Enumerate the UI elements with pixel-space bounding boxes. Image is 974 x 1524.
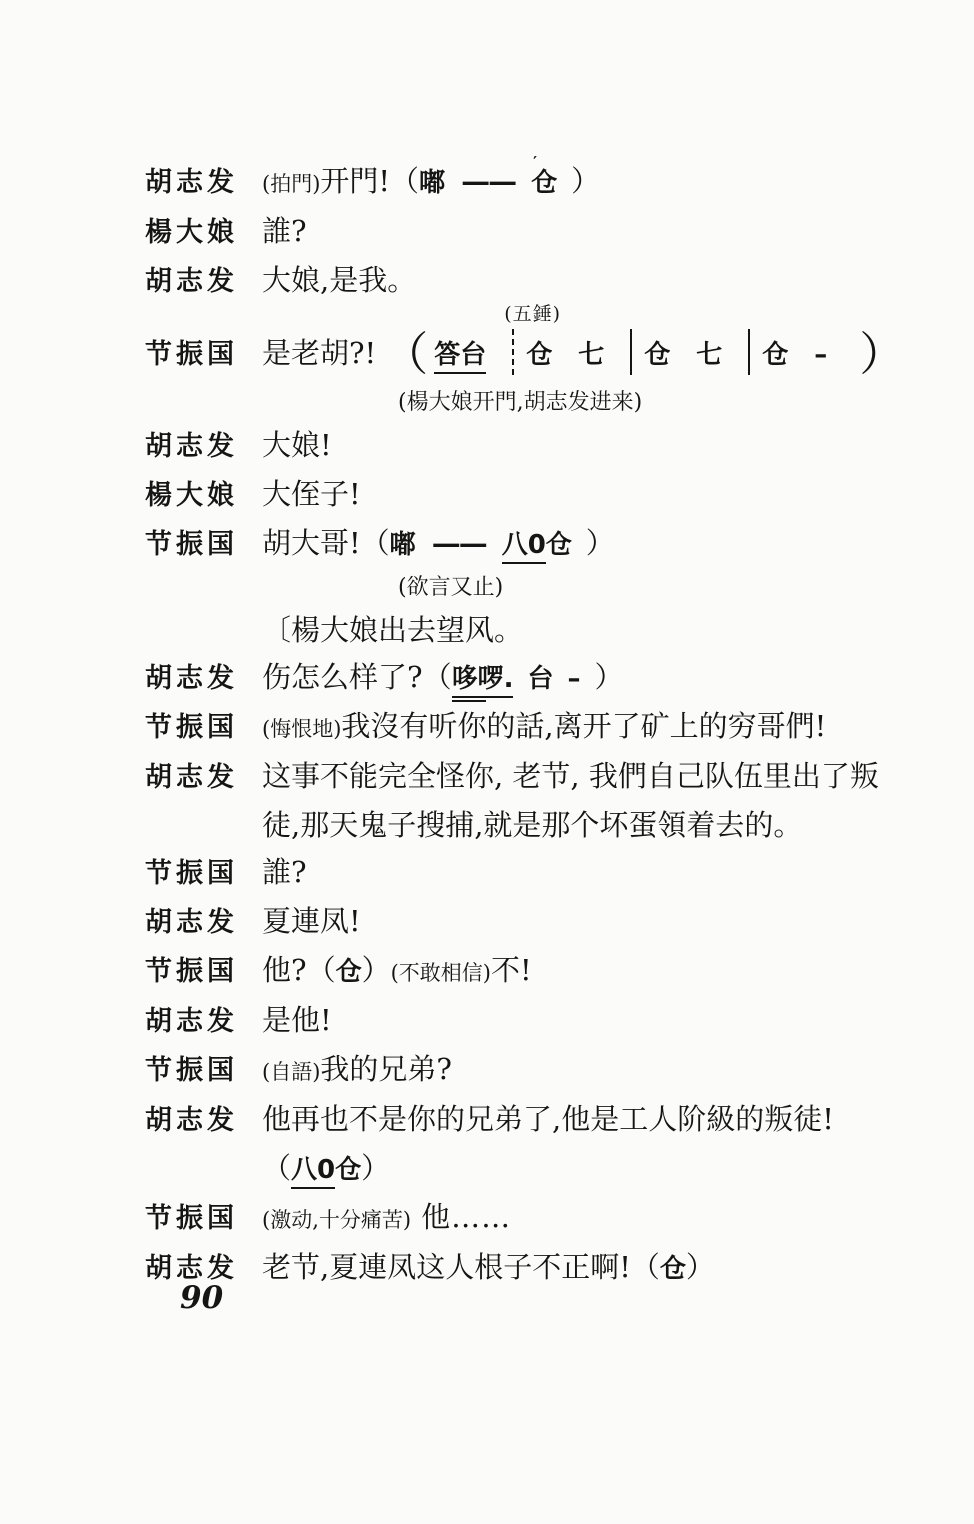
open-paren: （ — [262, 1151, 291, 1185]
script-line: 节振国 誰? — [0, 855, 974, 891]
speaker-name: 节振国 — [145, 528, 262, 562]
percussion-syllable: 仓 — [526, 340, 552, 370]
script-line-percussion: 节振国 是老胡?!（(五錘)答台仓七仓七仓–） — [0, 329, 974, 377]
dialogue-run: 他…… — [421, 1200, 511, 1234]
dialogue-text: (激动,十分痛苦)他…… — [262, 1200, 974, 1237]
script-line: 楊大娘 大侄子! — [0, 477, 974, 513]
percussion-syllable: 仓 — [660, 1254, 686, 1284]
percussion-syllable: 七 — [578, 340, 604, 370]
speaker-name: 胡志发 — [145, 1104, 262, 1138]
stage-direction-inline: (自語) — [262, 1060, 320, 1084]
dialogue-text: 徒,那天鬼子搜捕,就是那个坏蛋領着去的。 — [262, 808, 974, 842]
close-paren: ） — [859, 327, 905, 381]
stage-direction-line: 〔楊大娘出去望风。 — [0, 613, 974, 647]
dialogue-text: 誰? — [262, 214, 974, 248]
script-line: 胡志发 他再也不是你的兄弟了,他是工人阶級的叛徒! — [0, 1102, 974, 1138]
script-line-continuation: 徒,那天鬼子搜捕,就是那个坏蛋領着去的。 — [0, 808, 974, 842]
dialogue-text: 誰? — [262, 855, 974, 889]
speaker-name: 胡志发 — [145, 906, 262, 940]
dialogue-run: 不! — [491, 953, 532, 987]
speaker-name: 楊大娘 — [145, 479, 262, 513]
page-content: 胡志发 (拍門)开門!（嘟——′仓） 楊大娘 誰? 胡志发 大娘,是我。 节振国… — [0, 164, 974, 1299]
script-line: 节振国 胡大哥!（嘟——八0仓） — [0, 526, 974, 562]
percussion-notation: (五錘)答台仓七仓七仓– — [434, 329, 853, 375]
dialogue-text: 老节,夏連凤这人根子不正啊!（仓） — [262, 1250, 974, 1286]
dialogue-text: 他再也不是你的兄弟了,他是工人阶級的叛徒! — [262, 1102, 974, 1136]
open-paren: （ — [361, 526, 390, 560]
script-line: 楊大娘 誰? — [0, 214, 974, 250]
sustain-dash: —— — [432, 526, 486, 560]
speaker-name: 胡志发 — [145, 430, 262, 464]
close-paren: ） — [686, 1250, 715, 1284]
bar-line — [630, 329, 632, 375]
percussion-syllable: 仓 — [335, 1155, 361, 1185]
bar-line — [512, 329, 514, 375]
speaker-name: 节振国 — [145, 711, 262, 745]
percussion-syllable: 仓 — [644, 340, 670, 370]
sustain-dash: —— — [461, 164, 515, 198]
script-line: 胡志发 老节,夏連凤这人根子不正啊!（仓） — [0, 1250, 974, 1286]
stage-direction-text: 〔楊大娘出去望风。 — [262, 613, 974, 647]
dialogue-text: 这事不能完全怪你, 老节, 我們自己队伍里出了叛 — [262, 759, 974, 793]
script-line: 胡志发 夏連凤! — [0, 904, 974, 940]
speaker-name: 胡志发 — [145, 761, 262, 795]
dialogue-run: 开門! — [320, 164, 390, 198]
accent-mark: ′ — [533, 155, 537, 170]
script-line: 胡志发 这事不能完全怪你, 老节, 我們自己队伍里出了叛 — [0, 759, 974, 795]
rest-dash: – — [567, 664, 580, 694]
dialogue-text: (自語)我的兄弟? — [262, 1052, 974, 1089]
speaker-name: 胡志发 — [145, 166, 262, 200]
open-paren: （ — [382, 327, 428, 381]
percussion-syllable: 嘟 — [419, 168, 445, 198]
speaker-name: 节振国 — [145, 338, 262, 372]
dialogue-run: 我的兄弟? — [320, 1052, 452, 1086]
dialogue-text: 夏連凤! — [262, 904, 974, 938]
rest-dash: – — [814, 340, 827, 370]
percussion-syllable: 八0 — [502, 530, 546, 564]
page-number: 90 — [180, 1280, 223, 1316]
percussion-syllable: 答台 — [434, 340, 486, 374]
percussion-syllable: 台 — [527, 664, 553, 694]
dialogue-text: 他?（仓）(不敢相信)不! — [262, 953, 974, 990]
five-hammer-label: (五錘) — [504, 297, 561, 331]
stage-direction-inline: (悔恨地) — [262, 717, 341, 741]
percussion-syllable: 七 — [696, 340, 722, 370]
open-paren: （ — [423, 660, 452, 694]
dialogue-run: 胡大哥! — [262, 526, 361, 560]
scene-direction: (楊大娘开門,胡志发进来) — [0, 390, 974, 416]
close-paren: ） — [362, 953, 391, 987]
close-paren: ） — [594, 660, 623, 694]
script-line: 节振国 (悔恨地)我沒有听你的話,离开了矿上的穷哥們! — [0, 709, 974, 746]
speaker-name: 胡志发 — [145, 265, 262, 299]
speaker-name: 节振国 — [145, 857, 262, 891]
percussion-syllable: 嘟 — [390, 530, 416, 560]
speaker-name: 楊大娘 — [145, 216, 262, 250]
dialogue-run: 是老胡?! — [262, 336, 376, 370]
dialogue-text: 大侄子! — [262, 477, 974, 511]
close-paren: ） — [586, 526, 615, 560]
script-line: 节振国 他?（仓）(不敢相信)不! — [0, 953, 974, 990]
percussion-syllable: 仓 — [762, 340, 788, 370]
scanned-script-page: 胡志发 (拍門)开門!（嘟——′仓） 楊大娘 誰? 胡志发 大娘,是我。 节振国… — [0, 0, 974, 1524]
speaker-name: 节振国 — [145, 955, 262, 989]
script-line: 节振国 (自語)我的兄弟? — [0, 1052, 974, 1089]
percussion-notation: （八0仓） — [262, 1151, 974, 1187]
dialogue-text: 大娘! — [262, 428, 974, 462]
percussion-syllable: 仓 — [546, 530, 572, 560]
stage-direction-inline: (激动,十分痛苦) — [262, 1208, 411, 1232]
dialogue-run: 老节,夏連凤这人根子不正啊! — [262, 1250, 631, 1284]
dialogue-text: (拍門)开門!（嘟——′仓） — [262, 164, 974, 201]
dialogue-text: (悔恨地)我沒有听你的話,离开了矿上的穷哥們! — [262, 709, 974, 746]
dialogue-text: 是老胡?!（(五錘)答台仓七仓七仓–） — [262, 329, 974, 377]
dialogue-run: 伤怎么样了? — [262, 660, 423, 694]
script-line: 胡志发 伤怎么样了?（哆啰.台–） — [0, 660, 974, 696]
dialogue-run: 他? — [262, 953, 307, 987]
open-paren: （ — [307, 953, 336, 987]
speaker-name: 胡志发 — [145, 662, 262, 696]
speaker-name: 节振国 — [145, 1054, 262, 1088]
dialogue-text: 大娘,是我。 — [262, 263, 974, 297]
script-line: 胡志发 大娘,是我。 — [0, 263, 974, 299]
percussion-syllable: 仓 — [336, 957, 362, 987]
percussion-syllable: ′仓 — [531, 168, 557, 198]
script-line: 胡志发 (拍門)开門!（嘟——′仓） — [0, 164, 974, 201]
open-paren: （ — [390, 164, 419, 198]
bar-line — [748, 329, 750, 375]
script-line: 胡志发 大娘! — [0, 428, 974, 464]
stage-direction-inline: (拍門) — [262, 172, 320, 196]
script-line: 胡志发 是他! — [0, 1003, 974, 1039]
script-line-continuation: （八0仓） — [0, 1151, 974, 1187]
speaker-name: 节振国 — [145, 1202, 262, 1236]
script-line: 节振国 (激动,十分痛苦)他…… — [0, 1200, 974, 1237]
dialogue-text: 胡大哥!（嘟——八0仓） — [262, 526, 974, 562]
dialogue-text: 伤怎么样了?（哆啰.台–） — [262, 660, 974, 696]
close-paren: ） — [571, 164, 600, 198]
dialogue-text: 是他! — [262, 1003, 974, 1037]
open-paren: （ — [631, 1250, 660, 1284]
stage-direction-inline: (不敢相信) — [391, 961, 491, 985]
percussion-syllable: 哆啰. — [452, 664, 514, 698]
speaker-name: 胡志发 — [145, 1005, 262, 1039]
dialogue-run: 我沒有听你的話,离开了矿上的穷哥們! — [341, 709, 826, 743]
scene-direction: (欲言又止) — [0, 575, 974, 601]
close-paren: ） — [361, 1151, 390, 1185]
percussion-syllable: 八0 — [291, 1155, 335, 1189]
